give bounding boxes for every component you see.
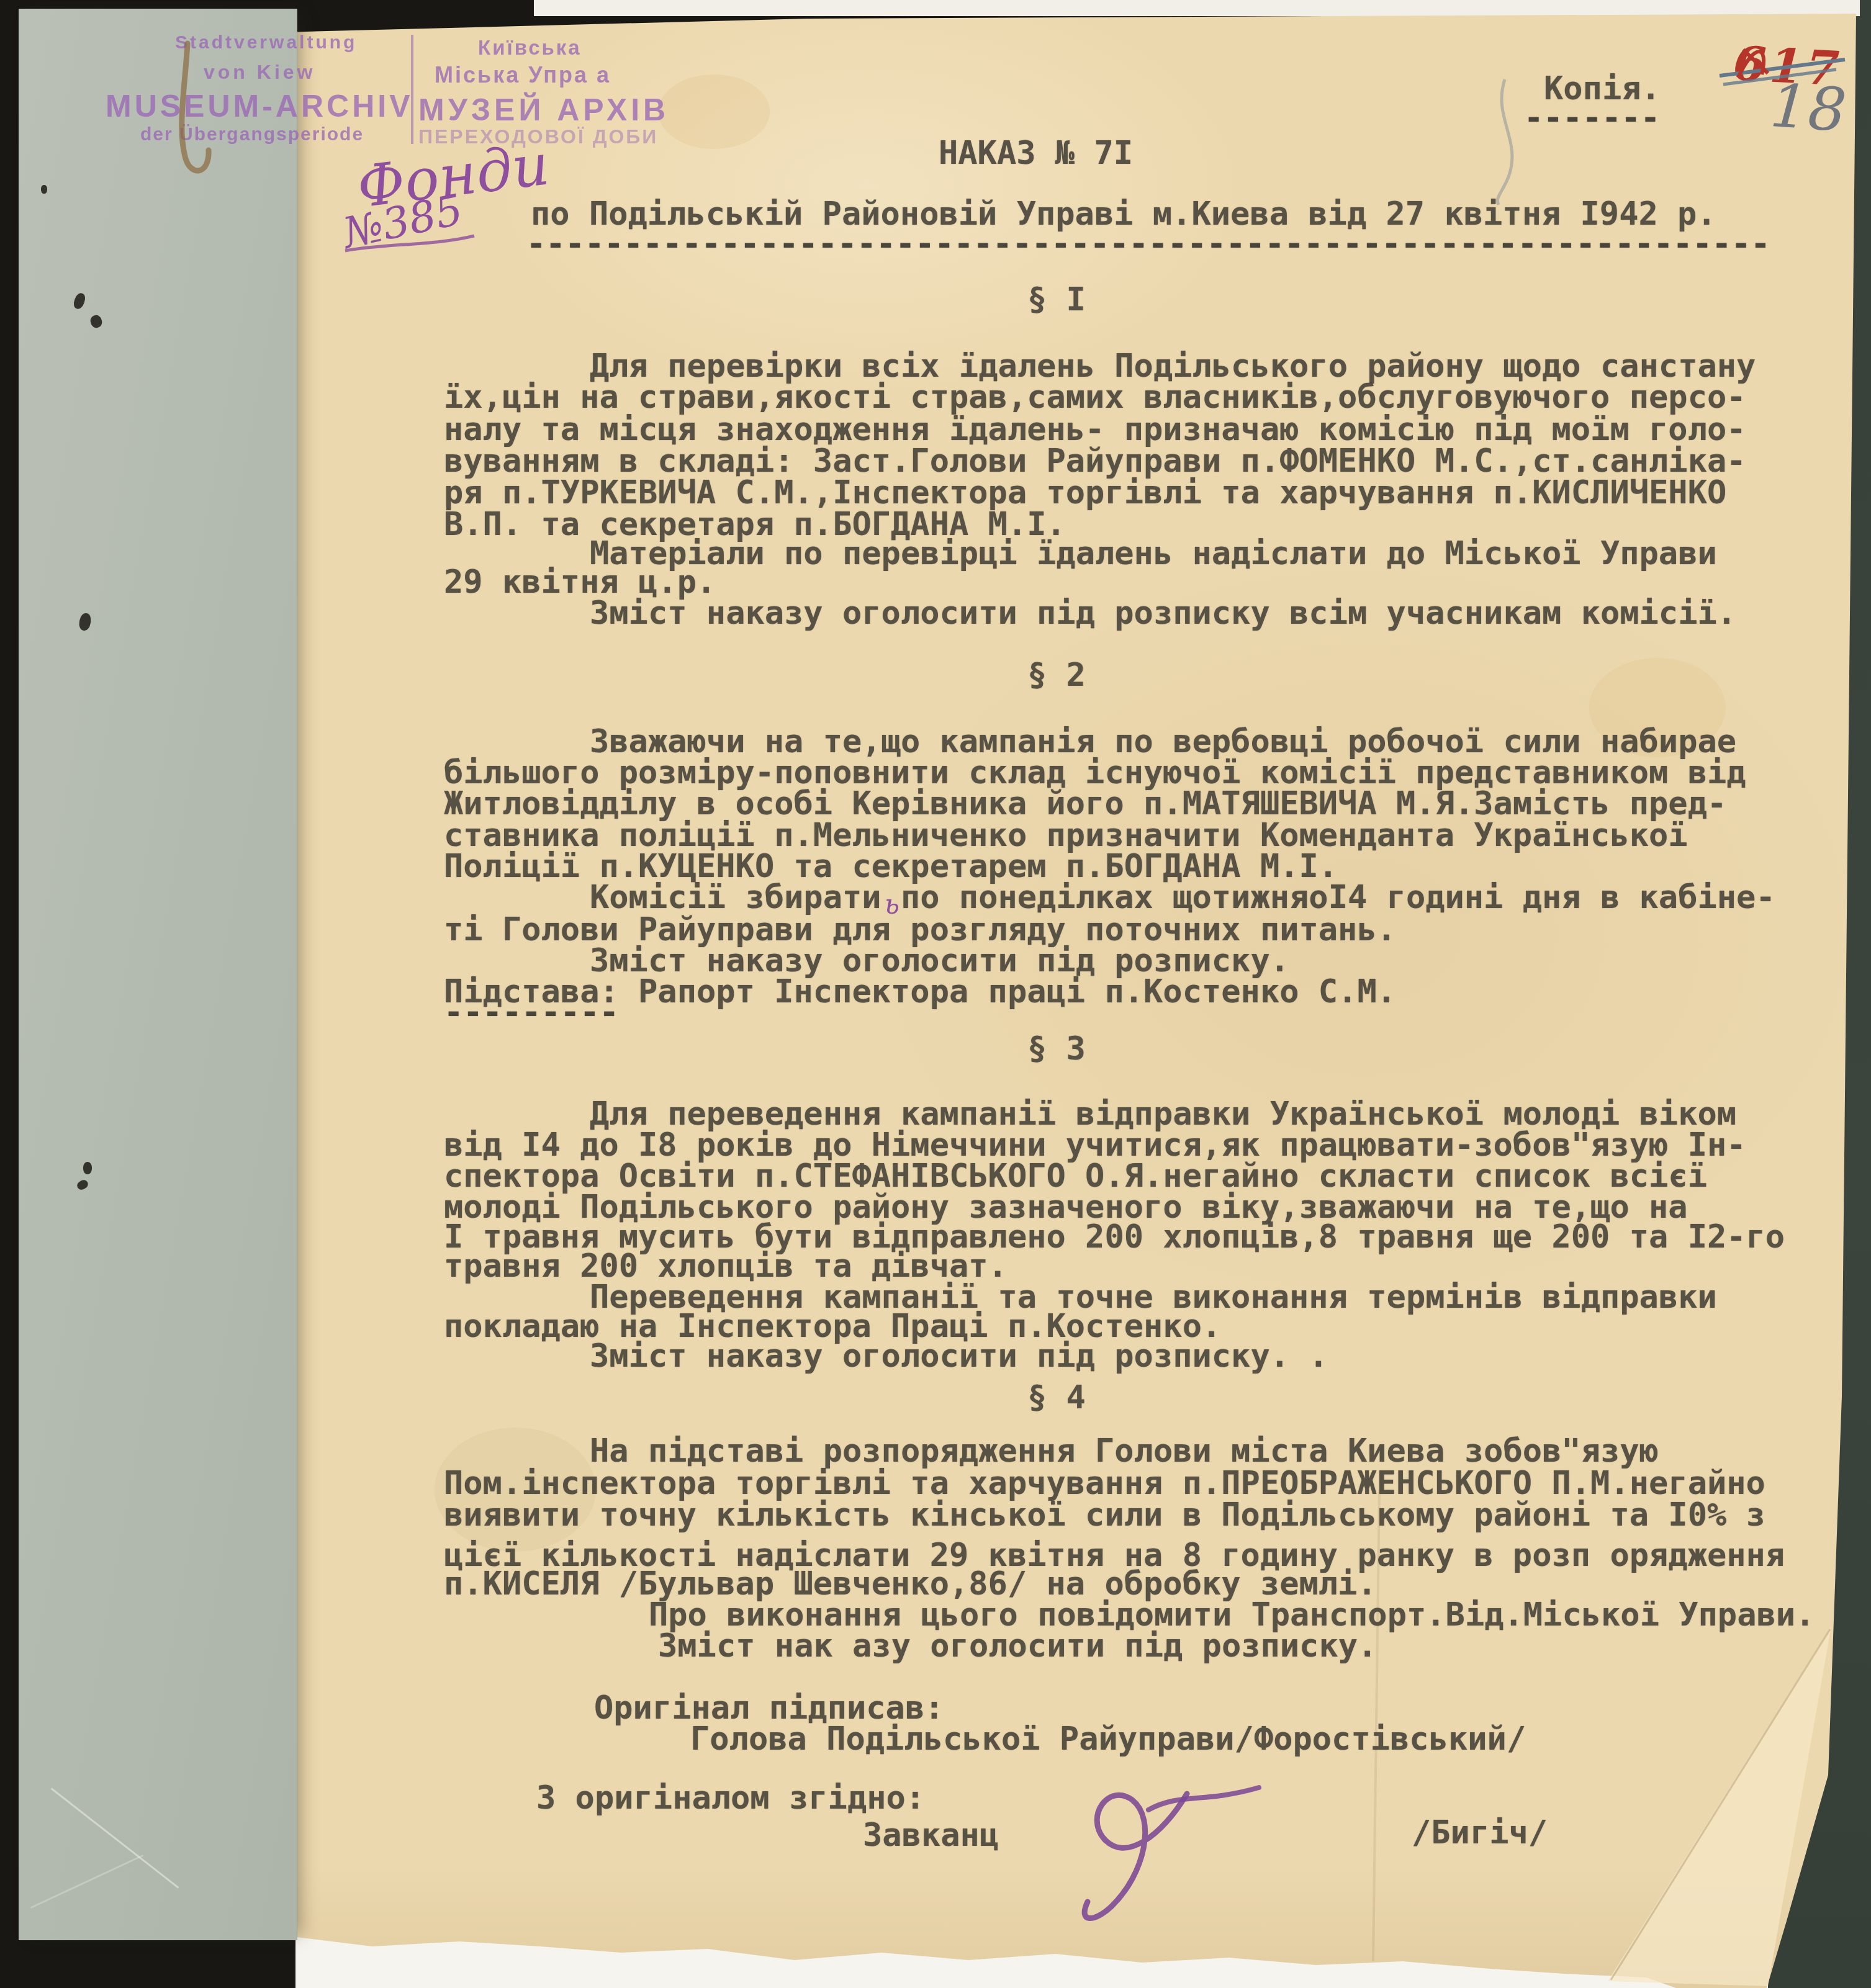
backing-sheet-top-edge bbox=[534, 0, 1860, 16]
copy-underline: ------- bbox=[1524, 102, 1660, 133]
typed-line: Зважаючи на те,що кампанія по вербовці р… bbox=[590, 726, 1736, 757]
typed-line: Матеріали по перевірці їдалень надіслати… bbox=[590, 538, 1717, 569]
document-scan: Stadtverwaltung von Kiew MUSEUM-ARCHIV d… bbox=[0, 0, 1871, 1988]
typed-line: їх,цін на страви,якості страв,самих влас… bbox=[444, 382, 1746, 413]
typed-line: ставника поліції п.Мельниченко призначит… bbox=[444, 820, 1688, 851]
subtitle-underline: ----------------------------------------… bbox=[526, 228, 1770, 259]
section-3-mark: § 3 bbox=[1027, 1033, 1086, 1064]
section-1-mark: § І bbox=[1027, 284, 1086, 315]
certified-copy-label: З оригіналом згідно: bbox=[536, 1783, 925, 1814]
basis-underline: --------- bbox=[444, 997, 619, 1028]
section-2-mark: § 2 bbox=[1027, 660, 1086, 691]
typed-line: Зміст наказу оголосити під розписку всім… bbox=[590, 598, 1736, 629]
typed-line: Зміст наказу оголосити під розписку. . bbox=[590, 1341, 1328, 1372]
paper-stain bbox=[658, 74, 770, 149]
typed-line: Житловідділу в особі Керівника його п.МА… bbox=[444, 788, 1726, 819]
typed-line: 29 квітня ц.р. bbox=[444, 567, 716, 598]
typed-line: Зміст наказу оголосити під розписку. bbox=[590, 945, 1289, 976]
grey-backing-strip bbox=[19, 9, 297, 1940]
paper-crease bbox=[51, 1788, 179, 1888]
order-title: НАКАЗ № 7І bbox=[939, 138, 1133, 169]
section-4-mark: § 4 bbox=[1027, 1382, 1086, 1413]
stamp-german-line3: MUSEUM-ARCHIV bbox=[106, 88, 413, 124]
typed-line: Пом.інспектора торгівлі та харчування п.… bbox=[444, 1468, 1765, 1499]
stamp-ukrainian-line1: Київська bbox=[478, 36, 582, 60]
stamp-ukrainian-line2: Міська Упра а bbox=[435, 62, 611, 88]
typed-line: ті Голови Райуправи для розгляду поточни… bbox=[444, 914, 1396, 945]
typed-line: Для перевірки всіх їдалень Подільського … bbox=[590, 351, 1756, 382]
typed-line: від І4 до І8 років до Німеччини учитися,… bbox=[444, 1130, 1746, 1161]
typed-line: виявити точну кількість кінської сили в … bbox=[444, 1500, 1765, 1531]
ink-speck bbox=[76, 1178, 90, 1191]
stamp-german-line4: der Übergangsperiode bbox=[140, 124, 364, 145]
typed-line: спектора Освіти п.СТЕФАНІВСЬКОГО О.Я.нег… bbox=[444, 1161, 1707, 1192]
typed-line: ря п.ТУРКЕВИЧА С.М.,Інспектора торгівлі … bbox=[444, 477, 1726, 508]
ink-speck bbox=[78, 613, 92, 632]
typed-line: Для переведення кампанії відправки Украї… bbox=[590, 1099, 1736, 1130]
stamp-divider-line bbox=[411, 35, 413, 144]
typed-line: Про виконання цього повідомити Транспорт… bbox=[649, 1599, 1815, 1630]
typed-line: налу та місця знаходження їдалень- призн… bbox=[444, 414, 1746, 445]
stamp-german-line1: Stadtverwaltung bbox=[175, 32, 357, 53]
head-signature-line: Голова Подільської Райуправи/Форостівськ… bbox=[690, 1724, 1526, 1755]
typed-line: п.КИСЕЛЯ /Бульвар Шевченко,86/ на обробк… bbox=[444, 1568, 1377, 1599]
stamp-ukrainian-line3: МУЗЕЙ АРХІВ bbox=[418, 92, 669, 128]
typed-line: більшого розміру-поповнити склад існуючо… bbox=[444, 757, 1746, 788]
typed-line: вуванням в складі: Заст.Голови Райуправи… bbox=[444, 446, 1746, 477]
stamp-german-line2: von Kiew bbox=[204, 61, 315, 84]
ink-speck bbox=[83, 1162, 92, 1174]
certifier-name: /Бигіч/ bbox=[1412, 1817, 1548, 1848]
ink-speck bbox=[41, 185, 47, 194]
original-signed-label: Оригінал підписав: bbox=[594, 1693, 944, 1724]
ink-speck bbox=[72, 292, 87, 310]
typed-line: Комісії збирати по понеділках щотижняоІ4… bbox=[590, 882, 1775, 913]
ink-speck bbox=[89, 314, 104, 329]
typed-line: травня 200 хлопців та дівчат. bbox=[444, 1251, 1008, 1282]
clerk-title: Завканц bbox=[863, 1820, 999, 1851]
typed-line: Поліції п.КУЦЕНКО та секретарем п.БОГДАН… bbox=[444, 851, 1338, 882]
pencil-page-number: 18 bbox=[1768, 71, 1849, 145]
typed-line: На підставі розпорядження Голови міста К… bbox=[590, 1436, 1659, 1467]
typed-line: Зміст нак азу оголосити під розписку. bbox=[658, 1630, 1377, 1662]
paper-crease bbox=[30, 1855, 144, 1909]
